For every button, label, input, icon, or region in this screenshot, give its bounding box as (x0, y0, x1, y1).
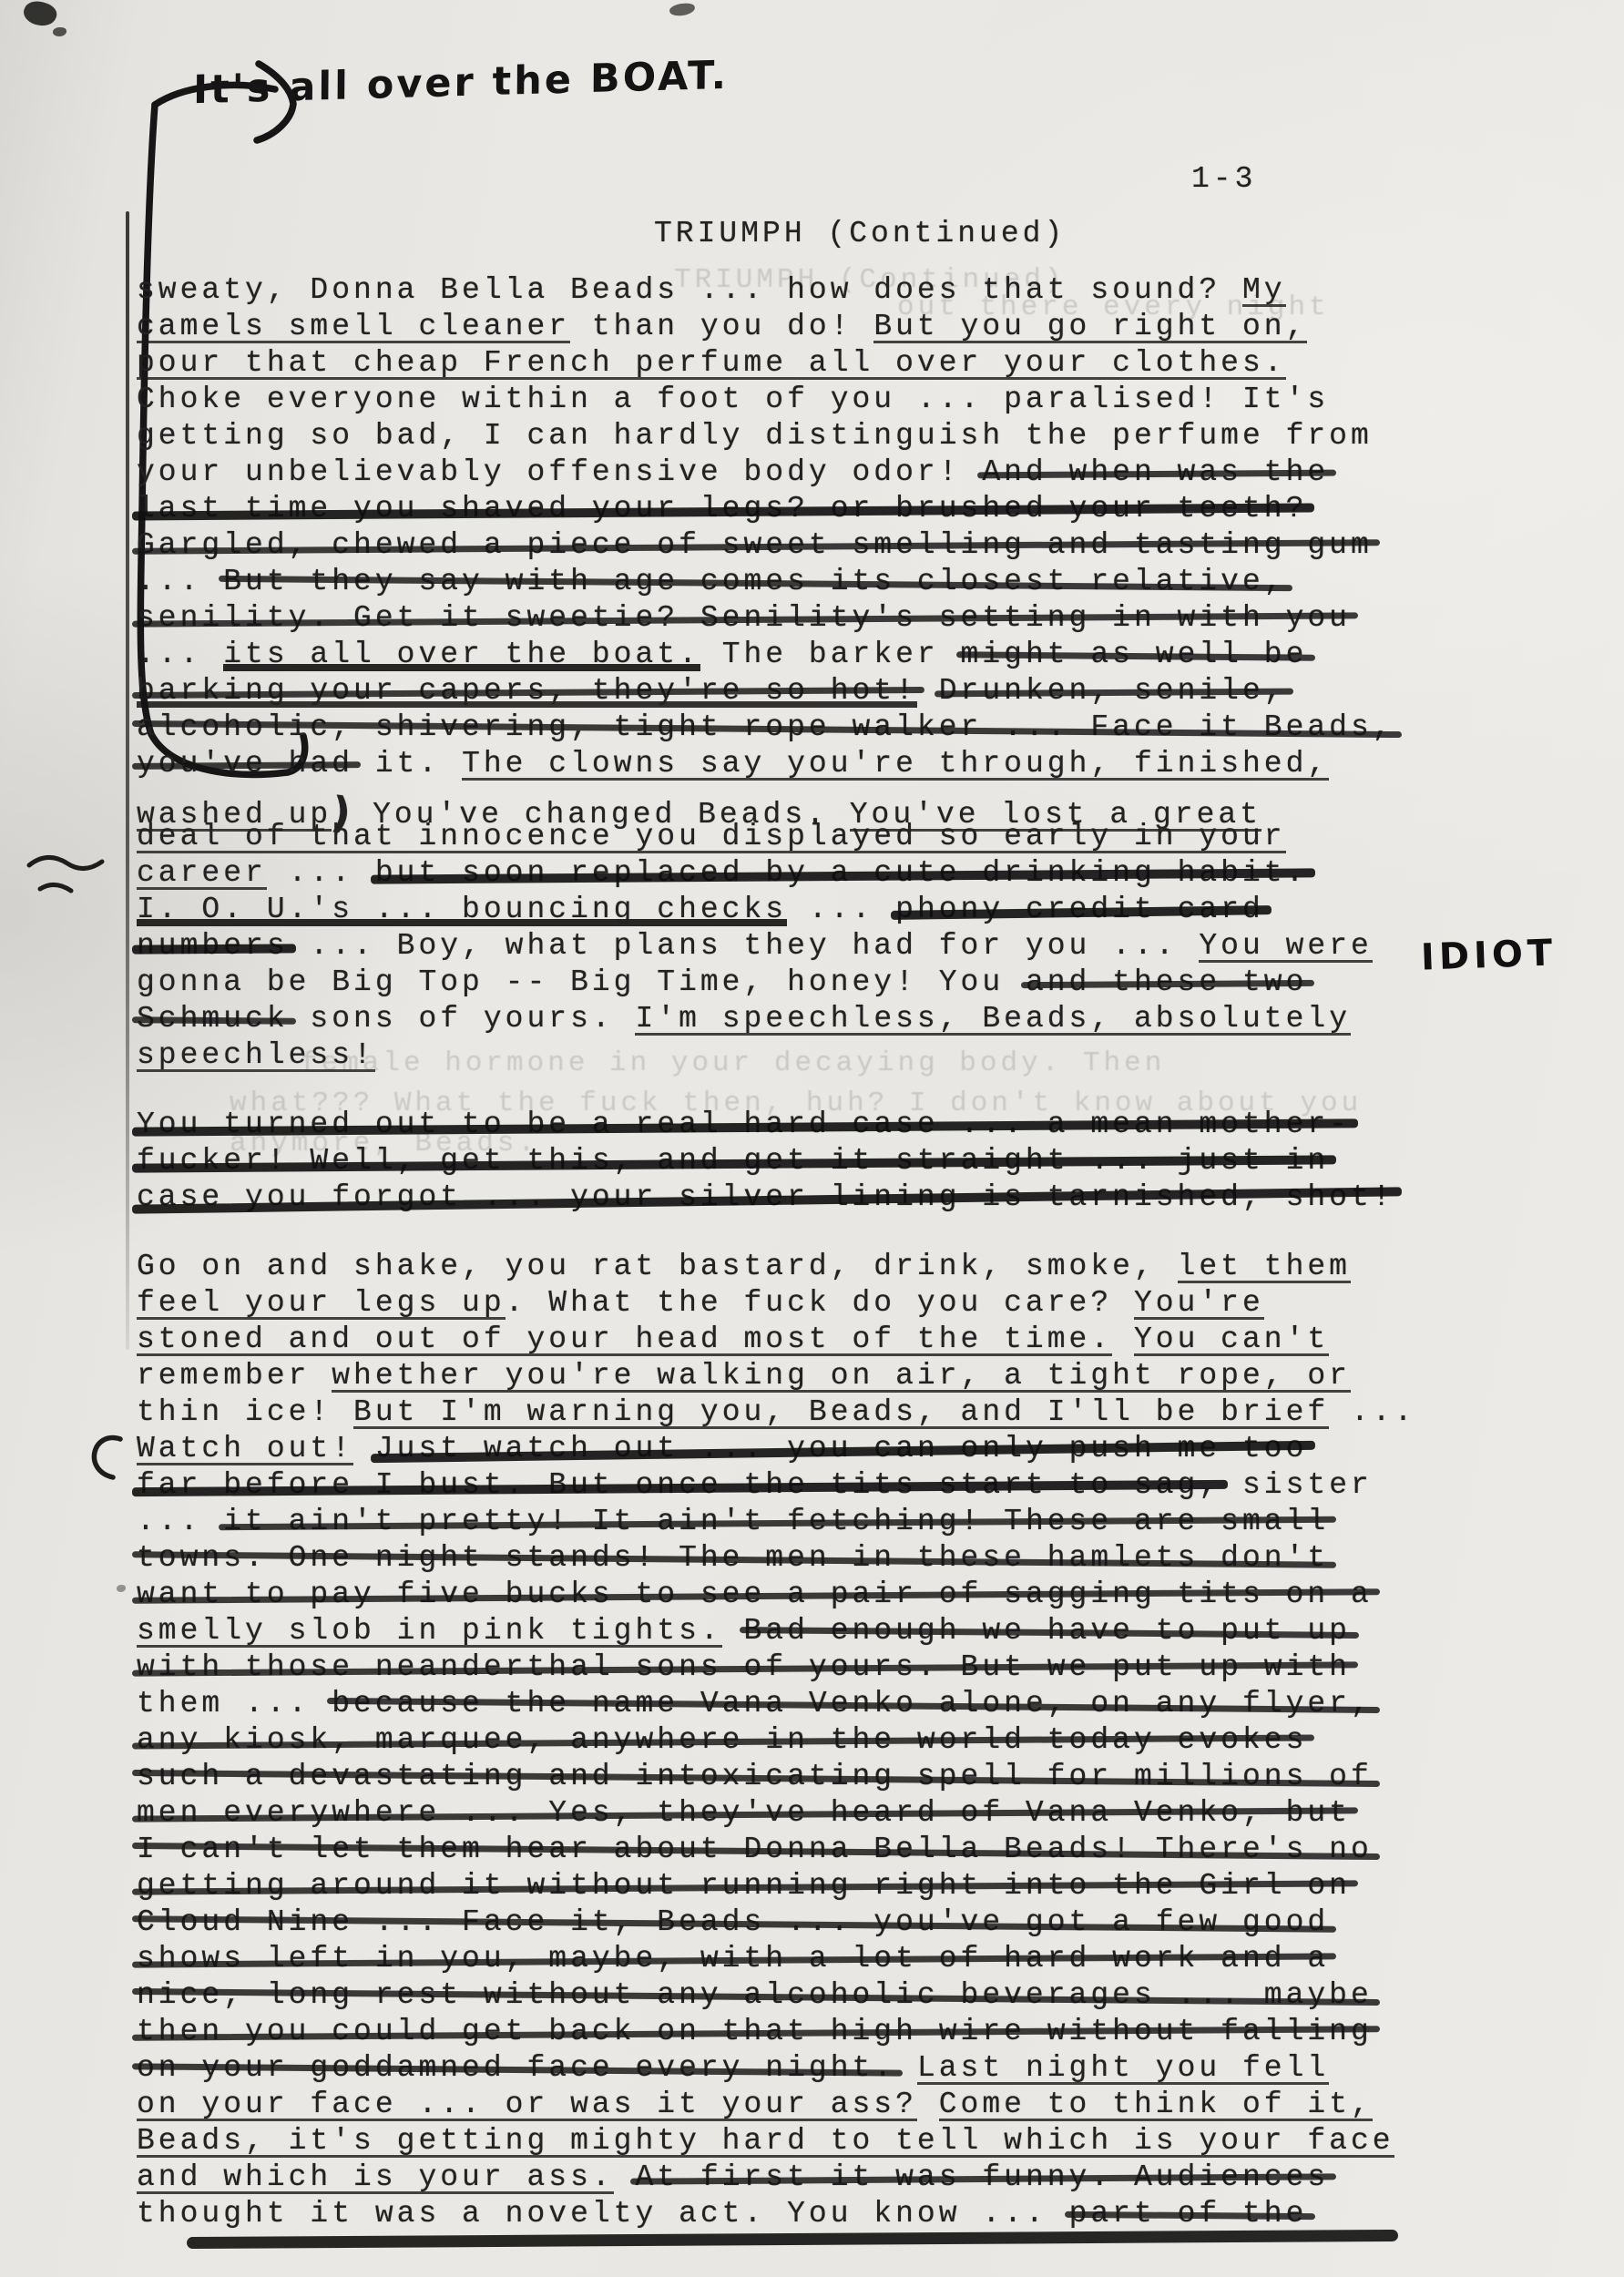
script-line: camels smell cleaner than you do! But yo… (137, 310, 1430, 346)
text-segment: At first it was funny. Audiences (635, 2160, 1329, 2194)
text-segment: And when was the (982, 455, 1329, 489)
text-segment: any kiosk, marquee, anywhere in the worl… (137, 1723, 1307, 1757)
script-line: nice, long rest without any alcoholic be… (137, 1978, 1430, 2015)
script-line: alcoholic, shivering, tight rope walker … (137, 710, 1430, 747)
text-segment: ... (267, 856, 375, 890)
text-segment: ... (787, 893, 895, 926)
text-segment: and these two (1026, 965, 1307, 999)
text-segment: smelly slob in pink tights. (137, 1614, 722, 1648)
script-line: on your face ... or was it your ass? Com… (137, 2088, 1430, 2124)
script-line: I can't let them hear about Donna Bella … (137, 1833, 1430, 1869)
text-segment: pour that cheap French perfume all over … (137, 346, 1286, 380)
script-line: gonna be Big Top -- Big Time, honey! You… (137, 965, 1430, 1002)
text-segment: might as well be (961, 638, 1308, 671)
text-segment: . What the fuck do you care? (506, 1286, 1134, 1320)
text-segment: part of the (1069, 2197, 1308, 2231)
ink-smudge (53, 27, 66, 36)
text-segment: towns. One night stands! The men in thes… (137, 1541, 1329, 1575)
text-segment: phony credit card (895, 893, 1264, 926)
text-segment: thought it was a novelty act. You know .… (137, 2197, 1047, 2231)
script-line: barking your capers, they're so hot! Dru… (137, 674, 1430, 710)
text-segment: Beads, it's getting mighty hard to tell … (137, 2124, 1394, 2158)
script-line: your unbelievably offensive body odor! A… (137, 455, 1430, 492)
script-line: last time you shaved your legs? or brush… (137, 492, 1430, 528)
text-segment: gonna be Big Top -- Big Time, honey! You (137, 965, 1026, 999)
script-line: I. O. U.'s ... bouncing checks ... phony… (137, 893, 1430, 929)
text-segment (614, 2160, 636, 2194)
script-line: ... its all over the boat. The barker mi… (137, 638, 1430, 674)
script-page: TRIUMPH (Continued)out there every night… (0, 0, 1624, 2277)
script-line: sweaty, Donna Bella Beads ... how does t… (137, 273, 1430, 310)
handwritten-top-note: It's all over the BOAT. (193, 53, 729, 113)
script-line: thought it was a novelty act. You know .… (137, 2197, 1430, 2233)
script-line: case you forgot ... your silver lining i… (137, 1180, 1430, 1217)
script-line: washed up) You've changed Beads. You've … (137, 783, 1430, 820)
text-segment: I. O. U.'s ... bouncing checks (137, 893, 787, 926)
script-line: Go on and shake, you rat bastard, drink,… (137, 1250, 1430, 1286)
script-line: Watch out! Just watch out ... you can on… (137, 1432, 1430, 1468)
text-segment: You're (1134, 1286, 1264, 1320)
text-segment: last time you shaved your legs? or brush… (137, 492, 1307, 526)
text-segment: Gargled, chewed a piece of sweet smellin… (137, 528, 1373, 562)
text-segment: Schmuck (137, 1002, 289, 1036)
ink-smudge (117, 1585, 126, 1592)
text-segment: sons of yours. (289, 1002, 636, 1036)
text-segment: then you could get back on that high wir… (137, 2015, 1373, 2048)
script-line: Beads, it's getting mighty hard to tell … (137, 2124, 1430, 2160)
text-segment: ... (1329, 1395, 1415, 1429)
script-line: numbers ... Boy, what plans they had for… (137, 929, 1430, 965)
text-segment: its all over the boat. (223, 638, 700, 671)
text-segment: But they say with age comes its closest … (223, 565, 1285, 598)
text-segment: I can't let them hear about Donna Bella … (137, 1833, 1373, 1866)
script-body: sweaty, Donna Bella Beads ... how does t… (137, 273, 1430, 2233)
text-segment (1112, 1322, 1134, 1356)
text-segment (917, 2088, 939, 2121)
text-segment: because the name Vana Venko alone, on an… (332, 1687, 1373, 1721)
text-segment: I'm speechless, Beads, absolutely (635, 1002, 1351, 1036)
text-segment: shows left in you, maybe, with a lot of … (137, 1942, 1329, 1976)
script-line: thin ice! But I'm warning you, Beads, an… (137, 1395, 1430, 1432)
text-segment: nice, long rest without any alcoholic be… (137, 1978, 1373, 2012)
text-segment: sweaty, Donna Bella Beads ... how does t… (137, 273, 1242, 307)
script-line: them ... because the name Vana Venko alo… (137, 1687, 1430, 1723)
text-segment: than you do! (570, 310, 873, 343)
text-segment: ... (137, 1505, 223, 1538)
script-line: shows left in you, maybe, with a lot of … (137, 1942, 1430, 1978)
script-line: smelly slob in pink tights. Bad enough w… (137, 1614, 1430, 1650)
script-line: stoned and out of your head most of the … (137, 1322, 1430, 1359)
text-segment: You can't (1134, 1322, 1329, 1356)
script-line: speechless! (137, 1038, 1430, 1075)
text-segment: My (1242, 273, 1286, 307)
margin-squiggle (29, 857, 102, 891)
page-number: 1-3 (1191, 162, 1256, 196)
script-line: pour that cheap French perfume all over … (137, 346, 1430, 383)
script-line: ... it ain't pretty! It ain't fetching! … (137, 1505, 1430, 1541)
text-segment: and which is your ass. (137, 2160, 614, 2194)
script-line: then you could get back on that high wir… (137, 2015, 1430, 2051)
text-segment: such a devastating and intoxicating spel… (137, 1760, 1373, 1793)
script-line: remember whether you're walking on air, … (137, 1359, 1430, 1395)
page-title: TRIUMPH (Continued) (654, 217, 1066, 250)
text-segment: Come to think of it, (939, 2088, 1373, 2121)
script-line: Gargled, chewed a piece of sweet smellin… (137, 528, 1430, 565)
text-segment: ... (137, 565, 223, 598)
text-segment: Drunken, senile, (939, 674, 1286, 708)
text-segment: with those neanderthal sons of yours. Bu… (137, 1650, 1351, 1684)
script-line: any kiosk, marquee, anywhere in the worl… (137, 1723, 1430, 1760)
script-line: towns. One night stands! The men in thes… (137, 1541, 1430, 1578)
text-segment: on your face ... or was it your ass? (137, 2088, 917, 2121)
text-segment: them ... (137, 1687, 332, 1721)
text-segment: alcoholic, shivering, tight rope walker … (137, 710, 1394, 744)
text-segment: feel your legs up (137, 1286, 506, 1320)
script-line: getting around it without running right … (137, 1869, 1430, 1905)
text-segment: getting around it without running right … (137, 1869, 1351, 1903)
paragraph: You turned out to be a real hard case ..… (137, 1108, 1430, 1217)
script-line: on your goddamned face every night. Last… (137, 2051, 1430, 2088)
script-line: getting so bad, I can hardly distinguish… (137, 419, 1430, 455)
script-line: fucker! Well, get this, and get it strai… (137, 1144, 1430, 1180)
text-segment: thin ice! (137, 1395, 353, 1429)
script-line: ... But they say with age comes its clos… (137, 565, 1430, 601)
script-line: you've had it. The clowns say you're thr… (137, 747, 1430, 783)
script-line: men everywhere ... Yes, they've heard of… (137, 1796, 1430, 1833)
text-segment: Last night you fell (917, 2051, 1329, 2085)
text-segment: Cloud Nine ... Face it, Beads ... you've… (137, 1905, 1329, 1939)
text-segment: ... Boy, what plans they had for you ... (289, 929, 1200, 963)
handwritten-margin-word: IDIOT (1420, 932, 1558, 978)
text-segment: barking your capers, they're so hot! (137, 674, 917, 708)
script-line: and which is your ass. At first it was f… (137, 2160, 1430, 2197)
text-segment (895, 2051, 917, 2085)
text-segment: you've had (137, 747, 353, 781)
script-line: Schmuck sons of yours. I'm speechless, B… (137, 1002, 1430, 1038)
text-segment: Choke everyone within a foot of you ... … (137, 383, 1329, 416)
script-line: far before I bust. But once the tits sta… (137, 1468, 1430, 1505)
script-line: You turned out to be a real hard case ..… (137, 1108, 1430, 1144)
text-segment: You turned out to be a real hard case ..… (137, 1108, 1351, 1141)
script-line: with those neanderthal sons of yours. Bu… (137, 1650, 1430, 1687)
text-segment: remember (137, 1359, 332, 1393)
text-segment: Watch out! (137, 1432, 353, 1465)
photocopy-edge-line (126, 211, 129, 1350)
paragraph: sweaty, Donna Bella Beads ... how does t… (137, 273, 1430, 1075)
text-segment: deal of that innocence you displayed so … (137, 820, 1286, 853)
text-segment: speechless! (137, 1038, 375, 1072)
text-segment: let them (1178, 1250, 1351, 1283)
margin-c-mark (94, 1438, 120, 1477)
ink-smudge (669, 3, 695, 17)
script-line: such a devastating and intoxicating spel… (137, 1760, 1430, 1796)
text-segment: senility. Get it sweetie? Senility's set… (137, 601, 1351, 635)
text-segment: career (137, 856, 267, 890)
script-line: Cloud Nine ... Face it, Beads ... you've… (137, 1905, 1430, 1942)
text-segment: Just watch out ... you can only push me … (375, 1432, 1308, 1465)
text-segment: case you forgot ... your silver lining i… (137, 1180, 1394, 1214)
text-segment: But I'm warning you, Beads, and I'll be … (353, 1395, 1329, 1429)
text-segment: The clowns say you're through, finished, (462, 747, 1329, 781)
text-segment: on your goddamned face every night. (137, 2051, 895, 2085)
text-segment: camels smell cleaner (137, 310, 570, 343)
script-line: career ... but soon replaced by a cute d… (137, 856, 1430, 893)
text-segment: men everywhere ... Yes, they've heard of… (137, 1796, 1351, 1830)
text-segment: want to pay five bucks to see a pair of … (137, 1578, 1373, 1611)
script-line: feel your legs up. What the fuck do you … (137, 1286, 1430, 1322)
text-segment: it. (353, 747, 462, 781)
text-segment: fucker! Well, get this, and get it strai… (137, 1144, 1329, 1178)
text-segment: But you go right on, (873, 310, 1307, 343)
script-line: senility. Get it sweetie? Senility's set… (137, 601, 1430, 638)
text-segment: getting so bad, I can hardly distinguish… (137, 419, 1373, 453)
text-segment: your unbelievably offensive body odor! (137, 455, 982, 489)
text-segment: far before I bust. But once the tits sta… (137, 1468, 1221, 1502)
text-segment: The barker (700, 638, 961, 671)
ink-smudge (21, 0, 59, 30)
script-line: want to pay five bucks to see a pair of … (137, 1578, 1430, 1614)
text-segment: it ain't pretty! It ain't fetching! Thes… (223, 1505, 1329, 1538)
script-line: Choke everyone within a foot of you ... … (137, 383, 1430, 419)
text-segment: whether you're walking on air, a tight r… (332, 1359, 1351, 1393)
text-segment: Bad enough we have to put up (744, 1614, 1352, 1648)
text-segment: but soon replaced by a cute drinking hab… (375, 856, 1308, 890)
text-segment: numbers (137, 929, 289, 963)
text-segment: stoned and out of your head most of the … (137, 1322, 1112, 1356)
paragraph: Go on and shake, you rat bastard, drink,… (137, 1250, 1430, 2233)
text-segment: ... (137, 638, 223, 671)
text-segment: Go on and shake, you rat bastard, drink,… (137, 1250, 1178, 1283)
text-segment: sister (1221, 1468, 1373, 1502)
text-segment: You were (1199, 929, 1372, 963)
